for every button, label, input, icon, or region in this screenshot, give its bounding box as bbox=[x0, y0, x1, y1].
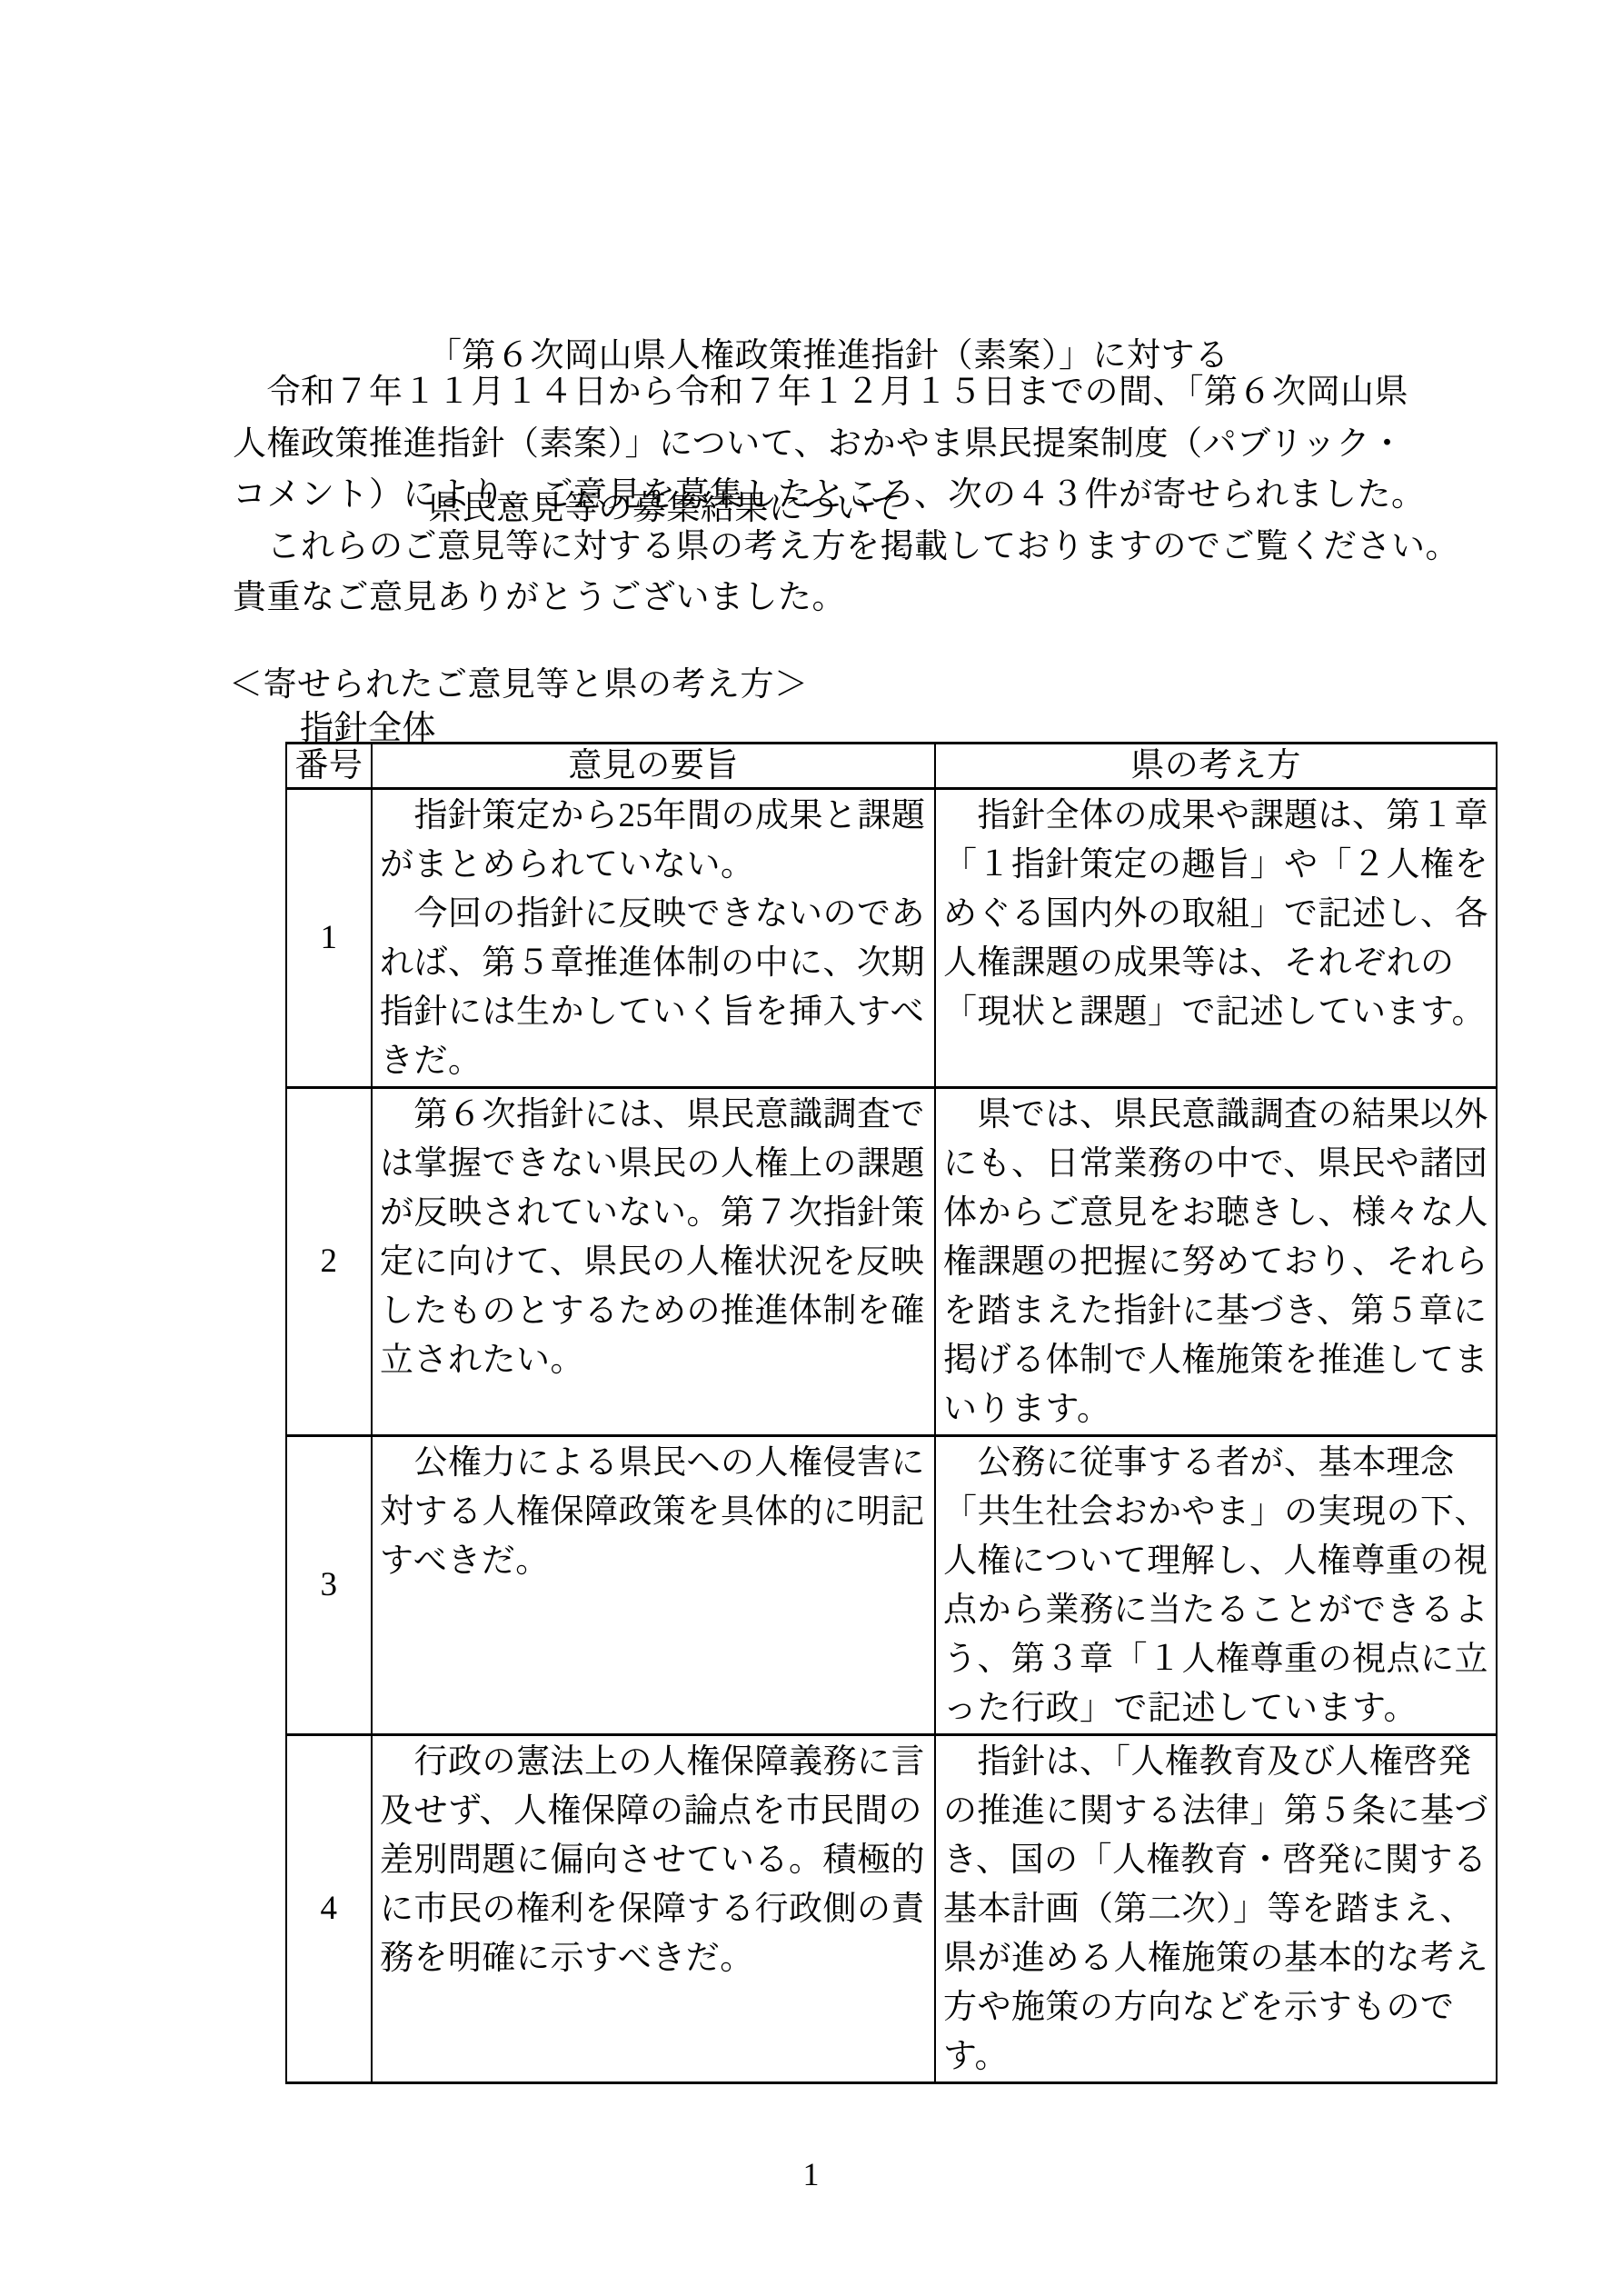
document-page: 「第６次岡山県人権政策推進指針（素案）」に対する 県民意見等の募集結果について … bbox=[0, 0, 1622, 2296]
response-cell: 指針は、「人権教育及び人権啓発 の推進に関する法律」第５条に基づ き、国の「人権… bbox=[935, 1735, 1497, 2083]
page-number: 1 bbox=[0, 2156, 1622, 2192]
row-number: 3 bbox=[286, 1436, 372, 1735]
opinion-cell: 第６次指針には、県民意識調査で は掌握できない県民の人権上の課題 が反映されてい… bbox=[372, 1088, 935, 1436]
opinion-cell: 公権力による県民への人権侵害に 対する人権保障政策を具体的に明記 すべきだ。 bbox=[372, 1436, 935, 1735]
table-row: 2 第６次指針には、県民意識調査で は掌握できない県民の人権上の課題 が反映され… bbox=[286, 1088, 1497, 1436]
opinion-cell: 指針策定から25年間の成果と課題 がまとめられていない。 今回の指針に反映できな… bbox=[372, 789, 935, 1088]
row-number: 2 bbox=[286, 1088, 372, 1436]
response-cell: 県では、県民意識調査の結果以外 にも、日常業務の中で、県民や諸団 体からご意見を… bbox=[935, 1088, 1497, 1436]
opinion-cell: 行政の憲法上の人権保障義務に言 及せず、人権保障の論点を市民間の 差別問題に偏向… bbox=[372, 1735, 935, 2083]
row-number: 1 bbox=[286, 789, 372, 1088]
table-header-row: 番号 意見の要旨 県の考え方 bbox=[286, 744, 1497, 789]
response-cell: 指針全体の成果や課題は、第１章 「１指針策定の趣旨」や「２人権を めぐる国内外の… bbox=[935, 789, 1497, 1088]
intro-paragraph: 令和７年１１月１４日から令和７年１２月１５日までの間、「第６次岡山県 人権政策推… bbox=[233, 367, 1505, 624]
row-number: 4 bbox=[286, 1735, 372, 2083]
table-row: 4 行政の憲法上の人権保障義務に言 及せず、人権保障の論点を市民間の 差別問題に… bbox=[286, 1735, 1497, 2083]
header-opinion: 意見の要旨 bbox=[372, 744, 935, 789]
table-row: 3 公権力による県民への人権侵害に 対する人権保障政策を具体的に明記 すべきだ。… bbox=[286, 1436, 1497, 1735]
section-heading: ＜寄せられたご意見等と県の考え方＞ bbox=[229, 656, 809, 705]
header-number: 番号 bbox=[286, 744, 372, 789]
table-row: 1 指針策定から25年間の成果と課題 がまとめられていない。 今回の指針に反映で… bbox=[286, 789, 1497, 1088]
header-response: 県の考え方 bbox=[935, 744, 1497, 789]
opinions-table: 番号 意見の要旨 県の考え方 1 指針策定から25年間の成果と課題 がまとめられ… bbox=[285, 742, 1498, 2084]
response-cell: 公務に従事する者が、基本理念 「共生社会おかやま」の実現の下、 人権について理解… bbox=[935, 1436, 1497, 1735]
